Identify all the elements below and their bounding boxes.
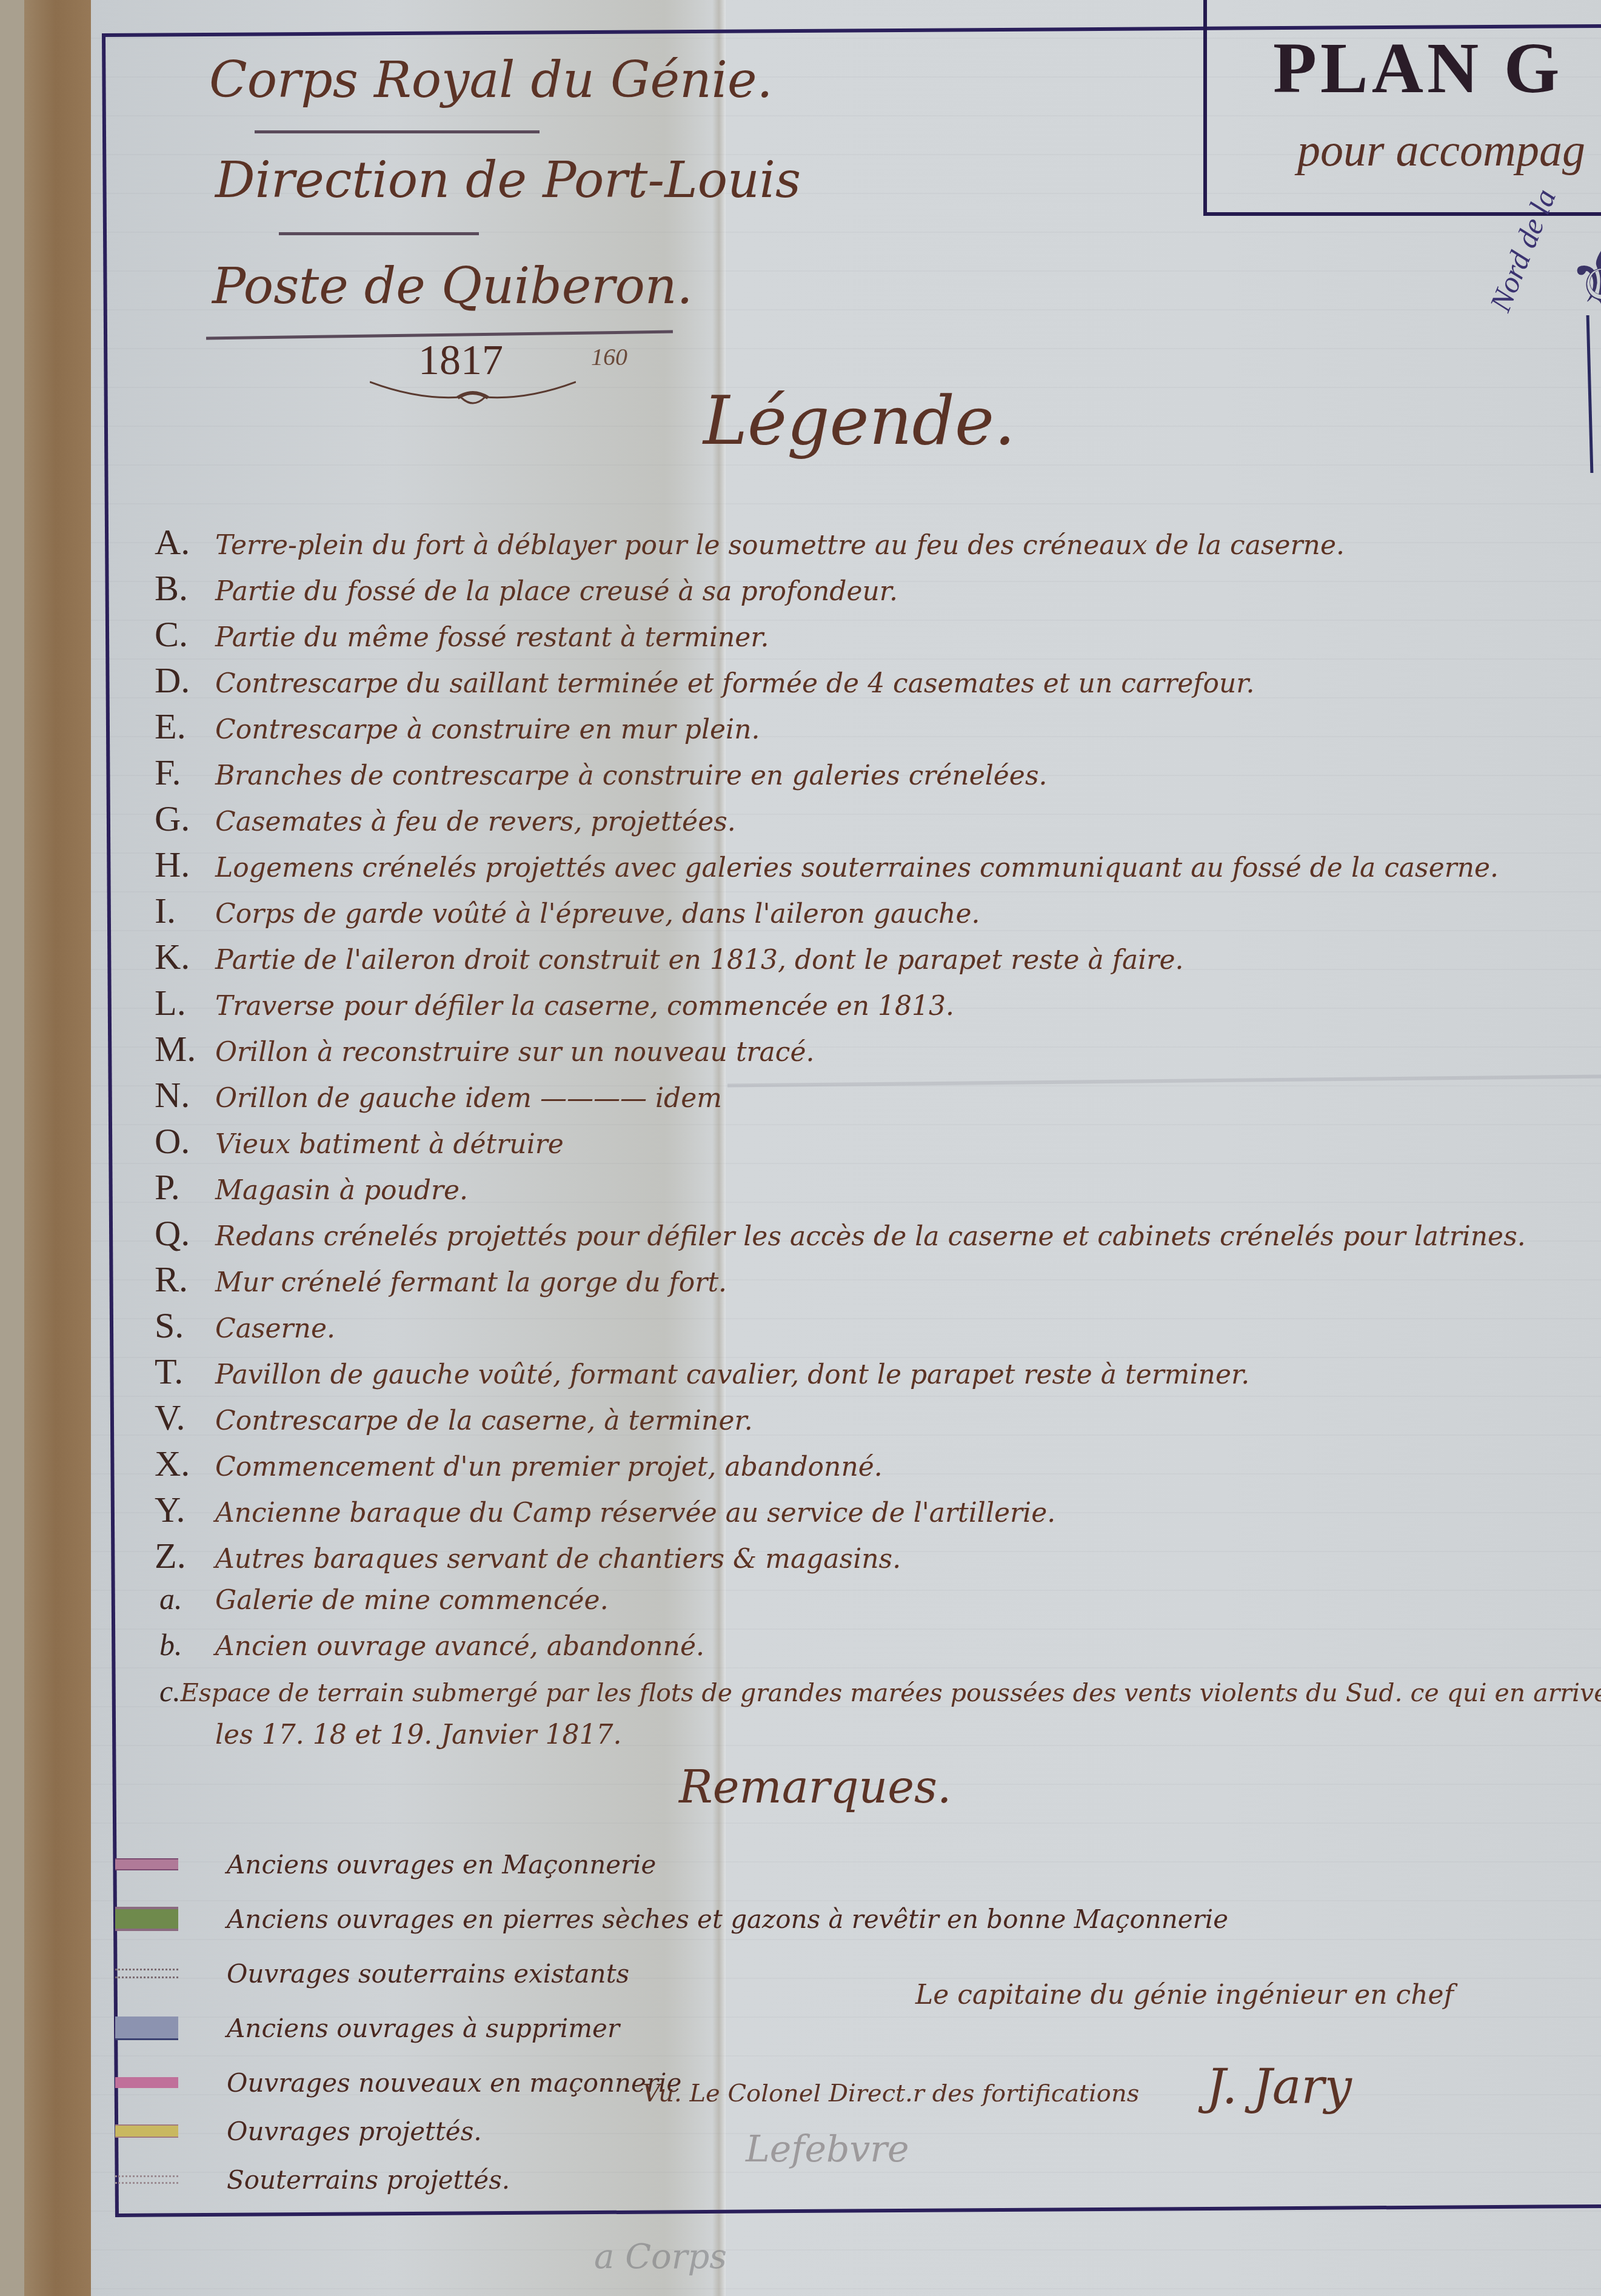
entry-key: Y. <box>155 1489 215 1531</box>
entry-text: Partie du même fossé restant à terminer. <box>215 622 769 653</box>
legend-entry: G.Casemates à feu de revers, projettées. <box>155 798 1579 844</box>
legend-entry: H.Logemens crénelés projettés avec galer… <box>155 844 1579 890</box>
entry-text: Ancien ouvrage avancé, abandonné. <box>215 1631 704 1662</box>
entry-key: P. <box>155 1166 215 1208</box>
legend-entry: T.Pavillon de gauche voûté, formant cava… <box>155 1351 1579 1397</box>
color-key-item: Anciens ouvrages en pierres sèches et ga… <box>115 1889 1228 1949</box>
color-key-list: Anciens ouvrages en Maçonnerie Anciens o… <box>115 1840 1228 2204</box>
legend-entry: L.Traverse pour défiler la caserne, comm… <box>155 982 1579 1028</box>
entry-key: C. <box>155 614 215 655</box>
swatch-label: Souterrains projettés. <box>227 2165 510 2195</box>
swatch-label: Ouvrages souterrains existants <box>227 1959 629 1989</box>
colonel-pencil-signature: Lefebvre <box>746 2128 909 2170</box>
entry-key: H. <box>155 844 215 886</box>
entry-text: Logemens crénelés projettés avec galerie… <box>215 852 1499 883</box>
entry-key: b. <box>155 1627 215 1662</box>
entry-text: Autres baraques servant de chantiers & m… <box>215 1544 901 1575</box>
entry-text: Espace de terrain submergé par les flots… <box>181 1678 1601 1707</box>
entry-key: D. <box>155 660 215 701</box>
legend-entry: M.Orillon à reconstruire sur un nouveau … <box>155 1028 1579 1074</box>
poste-heading: Poste de Quiberon. <box>212 258 693 315</box>
plan-subtitle: pour accompag <box>1297 124 1585 177</box>
entry-key: Q. <box>155 1213 215 1254</box>
entry-text: Magasin à poudre. <box>215 1175 468 1206</box>
swatch-dry-stone <box>115 1907 178 1931</box>
entry-text: Casemates à feu de revers, projettées. <box>215 806 736 837</box>
folio-number: 160 <box>591 343 627 371</box>
legend-entry: F.Branches de contrescarpe à construire … <box>155 752 1579 798</box>
legend-entry: K.Partie de l'aileron droit construit en… <box>155 936 1579 982</box>
color-key-item: Ouvrages projettés. <box>115 2107 1228 2155</box>
legend-entry: Z.Autres baraques servant de chantiers &… <box>155 1535 1579 1581</box>
entry-text: Corps de garde voûté à l'épreuve, dans l… <box>215 899 980 929</box>
legend-entry: C.Partie du même fossé restant à termine… <box>155 614 1579 660</box>
entry-key: G. <box>155 798 215 840</box>
swatch-to-remove <box>115 2017 178 2040</box>
entry-key: A. <box>155 521 215 563</box>
entry-key: F. <box>155 752 215 794</box>
legend-entry: Q.Redans crénelés projettés pour défiler… <box>155 1213 1579 1259</box>
color-key-item: Souterrains projettés. <box>115 2155 1228 2204</box>
entry-key: K. <box>155 936 215 978</box>
legend-entry: S.Caserne. <box>155 1305 1579 1351</box>
legend-entry: Y.Ancienne baraque du Camp réservée au s… <box>155 1489 1579 1535</box>
entry-text: Orillon à reconstruire sur un nouveau tr… <box>215 1037 815 1068</box>
entry-text: Orillon de gauche idem ———— idem <box>215 1083 722 1114</box>
legend-entry: I.Corps de garde voûté à l'épreuve, dans… <box>155 890 1579 936</box>
legend-entry: N.Orillon de gauche idem ———— idem <box>155 1074 1579 1120</box>
swatch-label: Anciens ouvrages en Maçonnerie <box>227 1850 656 1879</box>
entry-key: M. <box>155 1028 215 1070</box>
legend-entry: B.Partie du fossé de la place creusé à s… <box>155 567 1579 614</box>
swatch-label: Ouvrages nouveaux en maçonnerie <box>227 2068 681 2098</box>
legend-entry: V.Contrescarpe de la caserne, à terminer… <box>155 1397 1579 1443</box>
direction-heading: Direction de Port-Louis <box>215 152 801 209</box>
binding-edge <box>0 0 24 2296</box>
remarques-title: Remarques. <box>679 1761 952 1813</box>
legend-entry: R.Mur crénelé fermant la gorge du fort. <box>155 1259 1579 1305</box>
legend-title: Légende. <box>703 382 1015 460</box>
colonel-signature-line: Vu. Le Colonel Direct.r des fortificatio… <box>643 2080 1139 2107</box>
entry-key: T. <box>155 1351 215 1393</box>
entry-key: L. <box>155 982 215 1024</box>
legend-entry: E.Contrescarpe à construire en mur plein… <box>155 706 1579 752</box>
legend-entry: P.Magasin à poudre. <box>155 1166 1579 1213</box>
swatch-underground-projected <box>115 2175 178 2184</box>
entry-text: les 17. 18 et 19. Janvier 1817. <box>215 1719 621 1750</box>
entry-key: B. <box>155 567 215 609</box>
entry-key: X. <box>155 1443 215 1485</box>
legend-entry: a.Galerie de mine commencée. <box>155 1581 1579 1627</box>
capitaine-signature-line: Le capitaine du génie ingénieur en chef <box>915 1980 1454 2010</box>
swatch-masonry-old <box>115 1858 178 1870</box>
entry-text: Contrescarpe de la caserne, à terminer. <box>215 1405 753 1436</box>
fleur-de-lis-icon: ⚜ <box>1567 239 1601 318</box>
legend-entry: O.Vieux batiment à détruire <box>155 1120 1579 1166</box>
legend-entry: A.Terre-plein du fort à déblayer pour le… <box>155 521 1579 567</box>
entry-key: c. <box>155 1673 181 1709</box>
swatch-projected <box>115 2124 178 2138</box>
legend-entry: c.Espace de terrain submergé par les flo… <box>155 1673 1579 1719</box>
entry-text: Contrescarpe à construire en mur plein. <box>215 714 760 745</box>
entry-key: N. <box>155 1074 215 1116</box>
pencil-annotation: a Corps <box>594 2237 727 2277</box>
legend-entry: b.Ancien ouvrage avancé, abandonné. <box>155 1627 1579 1673</box>
heading-underline <box>255 130 540 133</box>
entry-text: Pavillon de gauche voûté, formant cavali… <box>215 1359 1249 1390</box>
entry-key: O. <box>155 1120 215 1162</box>
entry-text: Traverse pour défiler la caserne, commen… <box>215 991 954 1022</box>
entry-text: Commencement d'un premier projet, abando… <box>215 1451 883 1482</box>
color-key-item: Anciens ouvrages en Maçonnerie <box>115 1840 1228 1889</box>
swatch-label: Anciens ouvrages en pierres sèches et ga… <box>227 1904 1228 1934</box>
entry-key: S. <box>155 1305 215 1347</box>
legend-list: A.Terre-plein du fort à déblayer pour le… <box>155 521 1579 1762</box>
entry-key: a. <box>155 1581 215 1616</box>
capitaine-signature: J. Jary <box>1206 2058 1352 2115</box>
entry-text: Partie de l'aileron droit construit en 1… <box>215 945 1183 976</box>
entry-key: R. <box>155 1259 215 1300</box>
swatch-label: Ouvrages projettés. <box>227 2117 482 2146</box>
swatch-label: Anciens ouvrages à supprimer <box>227 2013 620 2043</box>
entry-text: Caserne. <box>215 1313 335 1344</box>
entry-text: Ancienne baraque du Camp réservée au ser… <box>215 1498 1055 1528</box>
corps-heading: Corps Royal du Génie. <box>209 52 773 109</box>
entry-text: Contrescarpe du saillant terminée et for… <box>215 668 1255 699</box>
entry-text: Mur crénelé fermant la gorge du fort. <box>215 1267 727 1298</box>
swatch-underground-existing <box>115 1969 178 1978</box>
entry-key: E. <box>155 706 215 748</box>
entry-key: I. <box>155 890 215 932</box>
entry-text: Partie du fossé de la place creusé à sa … <box>215 576 898 607</box>
plan-title: PLAN G <box>1273 27 1563 110</box>
entry-text: Vieux batiment à détruire <box>215 1129 564 1160</box>
entry-key: V. <box>155 1397 215 1439</box>
legend-entry: D.Contrescarpe du saillant terminée et f… <box>155 660 1579 706</box>
entry-key: Z. <box>155 1535 215 1577</box>
entry-text: Branches de contrescarpe à construire en… <box>215 760 1047 791</box>
flourish-ornament <box>370 376 576 412</box>
entry-text: Galerie de mine commencée. <box>215 1585 609 1616</box>
heading-underline <box>279 232 479 235</box>
entry-text: Redans crénelés projettés pour défiler l… <box>215 1221 1526 1252</box>
swatch-new-masonry <box>115 2077 178 2088</box>
entry-text: Terre-plein du fort à déblayer pour le s… <box>215 530 1345 561</box>
legend-entry-continuation: les 17. 18 et 19. Janvier 1817. <box>155 1719 1579 1762</box>
legend-entry: X.Commencement d'un premier projet, aban… <box>155 1443 1579 1489</box>
